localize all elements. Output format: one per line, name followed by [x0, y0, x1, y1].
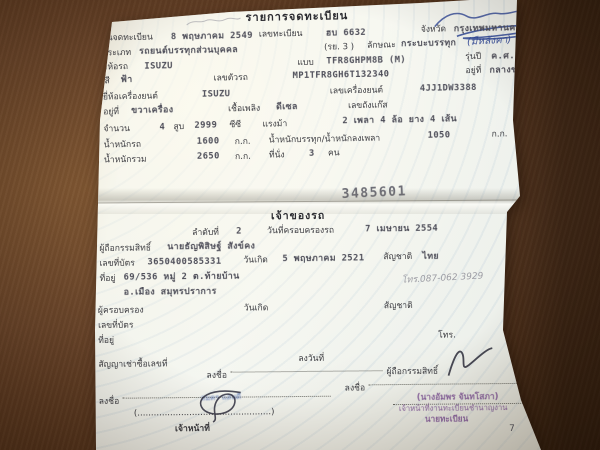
document-paper-wrap: รายการจดทะเบียน วันจดทะเบียน 8 พฤษภาคม 2… — [0, 0, 600, 450]
owner-id-value: 3650400585331 — [147, 258, 221, 268]
sign-label-1: ลงชื่อ — [206, 372, 227, 381]
possessor-id-label: เลขที่บัตร — [98, 322, 133, 331]
owner-name-value: นายธัญพิสิษฐ์ สังข์คง — [167, 242, 255, 252]
order-value: 2 — [236, 228, 242, 237]
order-label: ลำดับที่ — [192, 229, 219, 238]
photo-background: { "colors": { "ink_blue": "#2e4696", "st… — [0, 0, 600, 450]
owner-birth-value: 5 พฤษภาคม 2521 — [282, 254, 364, 264]
owner-title: เจ้าของรถ — [271, 211, 325, 222]
owner-signature-ink — [442, 345, 497, 380]
owner-sign-label: ผู้ถือกรรมสิทธิ์ — [386, 368, 438, 377]
possessor-label: ผู้ครอบครอง — [98, 307, 144, 316]
owner-id-label: เลขที่บัตร — [99, 260, 134, 269]
sign-label-2: ลงชื่อ — [345, 384, 366, 393]
possessor-birth-label: วันเกิด — [244, 304, 269, 313]
hire-purchase-contract-label: สัญญาเช่าซื้อเลขที่ — [98, 360, 167, 369]
signature-leader-1 — [230, 363, 382, 372]
possessor-phone-label: โทร. — [438, 332, 456, 341]
registrar-stamp-title: เจ้าหน้าที่งานทะเบียนชำนาญงาน — [399, 404, 508, 413]
owner-address-line1: 69/536 หมู่ 2 ต.ท้ายบ้าน — [124, 273, 240, 283]
owner-birth-label: วันเกิด — [243, 256, 268, 265]
officer-label: เจ้าหน้าที่ — [175, 425, 210, 434]
possessor-nationality-label: สัญชาติ — [384, 302, 413, 311]
owner-nationality-value: ไทย — [422, 253, 439, 262]
owner-name-label: ผู้ถือกรรมสิทธิ์ — [99, 244, 151, 253]
possession-date-value: 7 เมษายน 2554 — [365, 225, 438, 234]
registrar-stamp-name: (นางอัมพร จันทโสภา) — [417, 392, 499, 401]
signature-leader-2 — [369, 376, 529, 386]
sign-label-3: ลงชื่อ — [99, 398, 120, 407]
registrar-label: นายทะเบียน — [425, 414, 468, 423]
owner-address-line2: อ.เมือง สมุทรปราการ — [124, 288, 217, 298]
phone-handwritten-note: โทร.087-062 3929 — [401, 272, 483, 285]
owner-address-label: ที่อยู่ — [100, 275, 116, 284]
document-paper: รายการจดทะเบียน วันจดทะเบียน 8 พฤษภาคม 2… — [0, 0, 600, 450]
owner-nationality-label: สัญชาติ — [383, 253, 412, 262]
possessor-address-label: ที่อยู่ — [98, 337, 114, 346]
possession-date-label: วันที่ครอบครองรถ — [267, 227, 334, 236]
page-number: 7 — [509, 425, 515, 434]
owner-section: เจ้าของรถ ลำดับที่ 2 วันที่ครอบครองรถ 7 … — [0, 0, 600, 450]
officer-paren-line: (.......................................… — [134, 408, 275, 418]
hire-purchase-date-label: ลงวันที่ — [298, 355, 324, 364]
